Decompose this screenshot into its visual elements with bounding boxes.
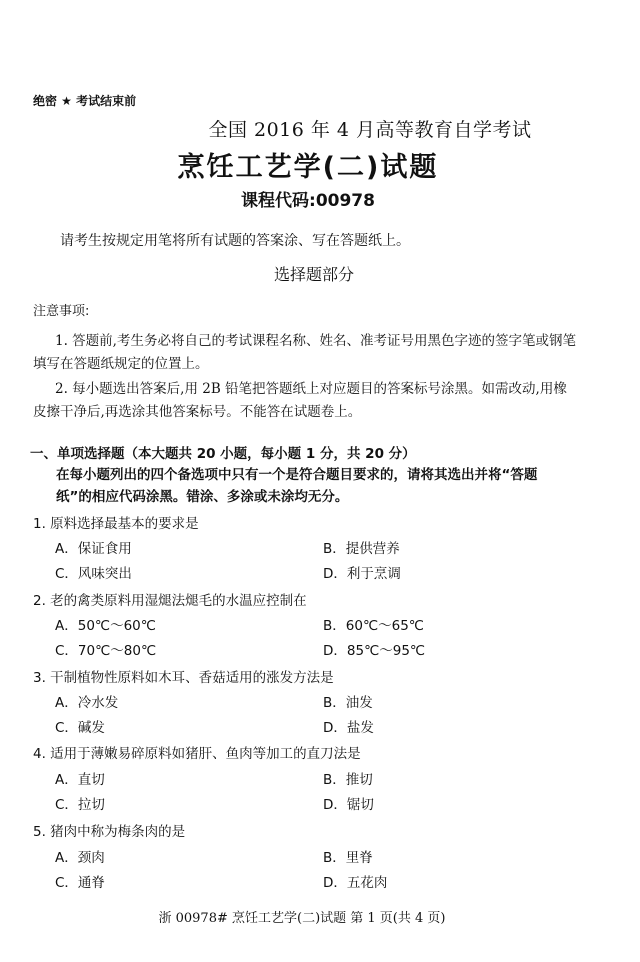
section-heading: 一、单项选择题（本大题共 20 小题，每小题 1 分，共 20 分） bbox=[30, 442, 416, 462]
part-title: 选择题部分 bbox=[0, 262, 628, 285]
confidential-label: 绝密 ★ 考试结束前 bbox=[33, 92, 136, 109]
option-c: C．风味突出 bbox=[55, 562, 132, 582]
question-stem: 5. 猪肉中称为梅条肉的是 bbox=[33, 820, 185, 840]
note-line: 1. 答题前,考生务必将自己的考试课程名称、姓名、准考证号用黑色字迹的签字笔或钢… bbox=[55, 329, 576, 349]
option-b: B．里脊 bbox=[323, 846, 373, 866]
option-d: D．五花肉 bbox=[323, 871, 387, 891]
section-description: 在每小题列出的四个备选项中只有一个是符合题目要求的，请将其选出并将“答题 bbox=[56, 463, 537, 483]
question-stem: 3. 干制植物性原料如木耳、香菇适用的涨发方法是 bbox=[33, 666, 334, 686]
option-c: C．70℃～80℃ bbox=[55, 639, 156, 659]
option-c: C．通脊 bbox=[55, 871, 105, 891]
option-a: A．50℃～60℃ bbox=[55, 614, 156, 634]
option-b: B．60℃～65℃ bbox=[323, 614, 424, 634]
option-d: D．利于烹调 bbox=[323, 562, 401, 582]
option-a: A．颈肉 bbox=[55, 846, 105, 866]
option-a: A．直切 bbox=[55, 768, 105, 788]
option-d: D．锯切 bbox=[323, 793, 374, 813]
question-stem: 4. 适用于薄嫩易碎原料如猪肝、鱼肉等加工的直刀法是 bbox=[33, 742, 361, 762]
option-b: B．提供营养 bbox=[323, 537, 400, 557]
option-d: D．85℃～95℃ bbox=[323, 639, 425, 659]
option-d: D．盐发 bbox=[323, 716, 374, 736]
note-line: 皮擦干净后,再选涂其他答案标号。不能答在试题卷上。 bbox=[33, 400, 361, 420]
option-b: B．推切 bbox=[323, 768, 373, 788]
note-line: 填写在答题纸规定的位置上。 bbox=[33, 352, 209, 372]
exam-title: 全国 2016 年 4 月高等教育自学考试 bbox=[0, 115, 640, 142]
question-stem: 2. 老的禽类原料用湿煺法煺毛的水温应控制在 bbox=[33, 589, 307, 609]
section-description: 纸”的相应代码涂黑。错涂、多涂或未涂均无分。 bbox=[56, 485, 348, 505]
notes-title: 注意事项: bbox=[33, 300, 89, 319]
note-line: 2. 每小题选出答案后,用 2B 铅笔把答题纸上对应题目的答案标号涂黑。如需改动… bbox=[55, 377, 567, 397]
option-b: B．油发 bbox=[323, 691, 373, 711]
option-c: C．拉切 bbox=[55, 793, 105, 813]
option-c: C．碱发 bbox=[55, 716, 105, 736]
paper-title: 烹饪工艺学(二)试题 bbox=[0, 145, 616, 184]
course-code: 课程代码:00978 bbox=[0, 186, 616, 211]
option-a: A．冷水发 bbox=[55, 691, 118, 711]
page-footer: 浙 00978# 烹饪工艺学(二)试题 第 1 页(共 4 页) bbox=[0, 907, 604, 926]
general-instruction: 请考生按规定用笔将所有试题的答案涂、写在答题纸上。 bbox=[60, 230, 410, 250]
option-a: A．保证食用 bbox=[55, 537, 132, 557]
question-stem: 1. 原料选择最基本的要求是 bbox=[33, 512, 199, 532]
